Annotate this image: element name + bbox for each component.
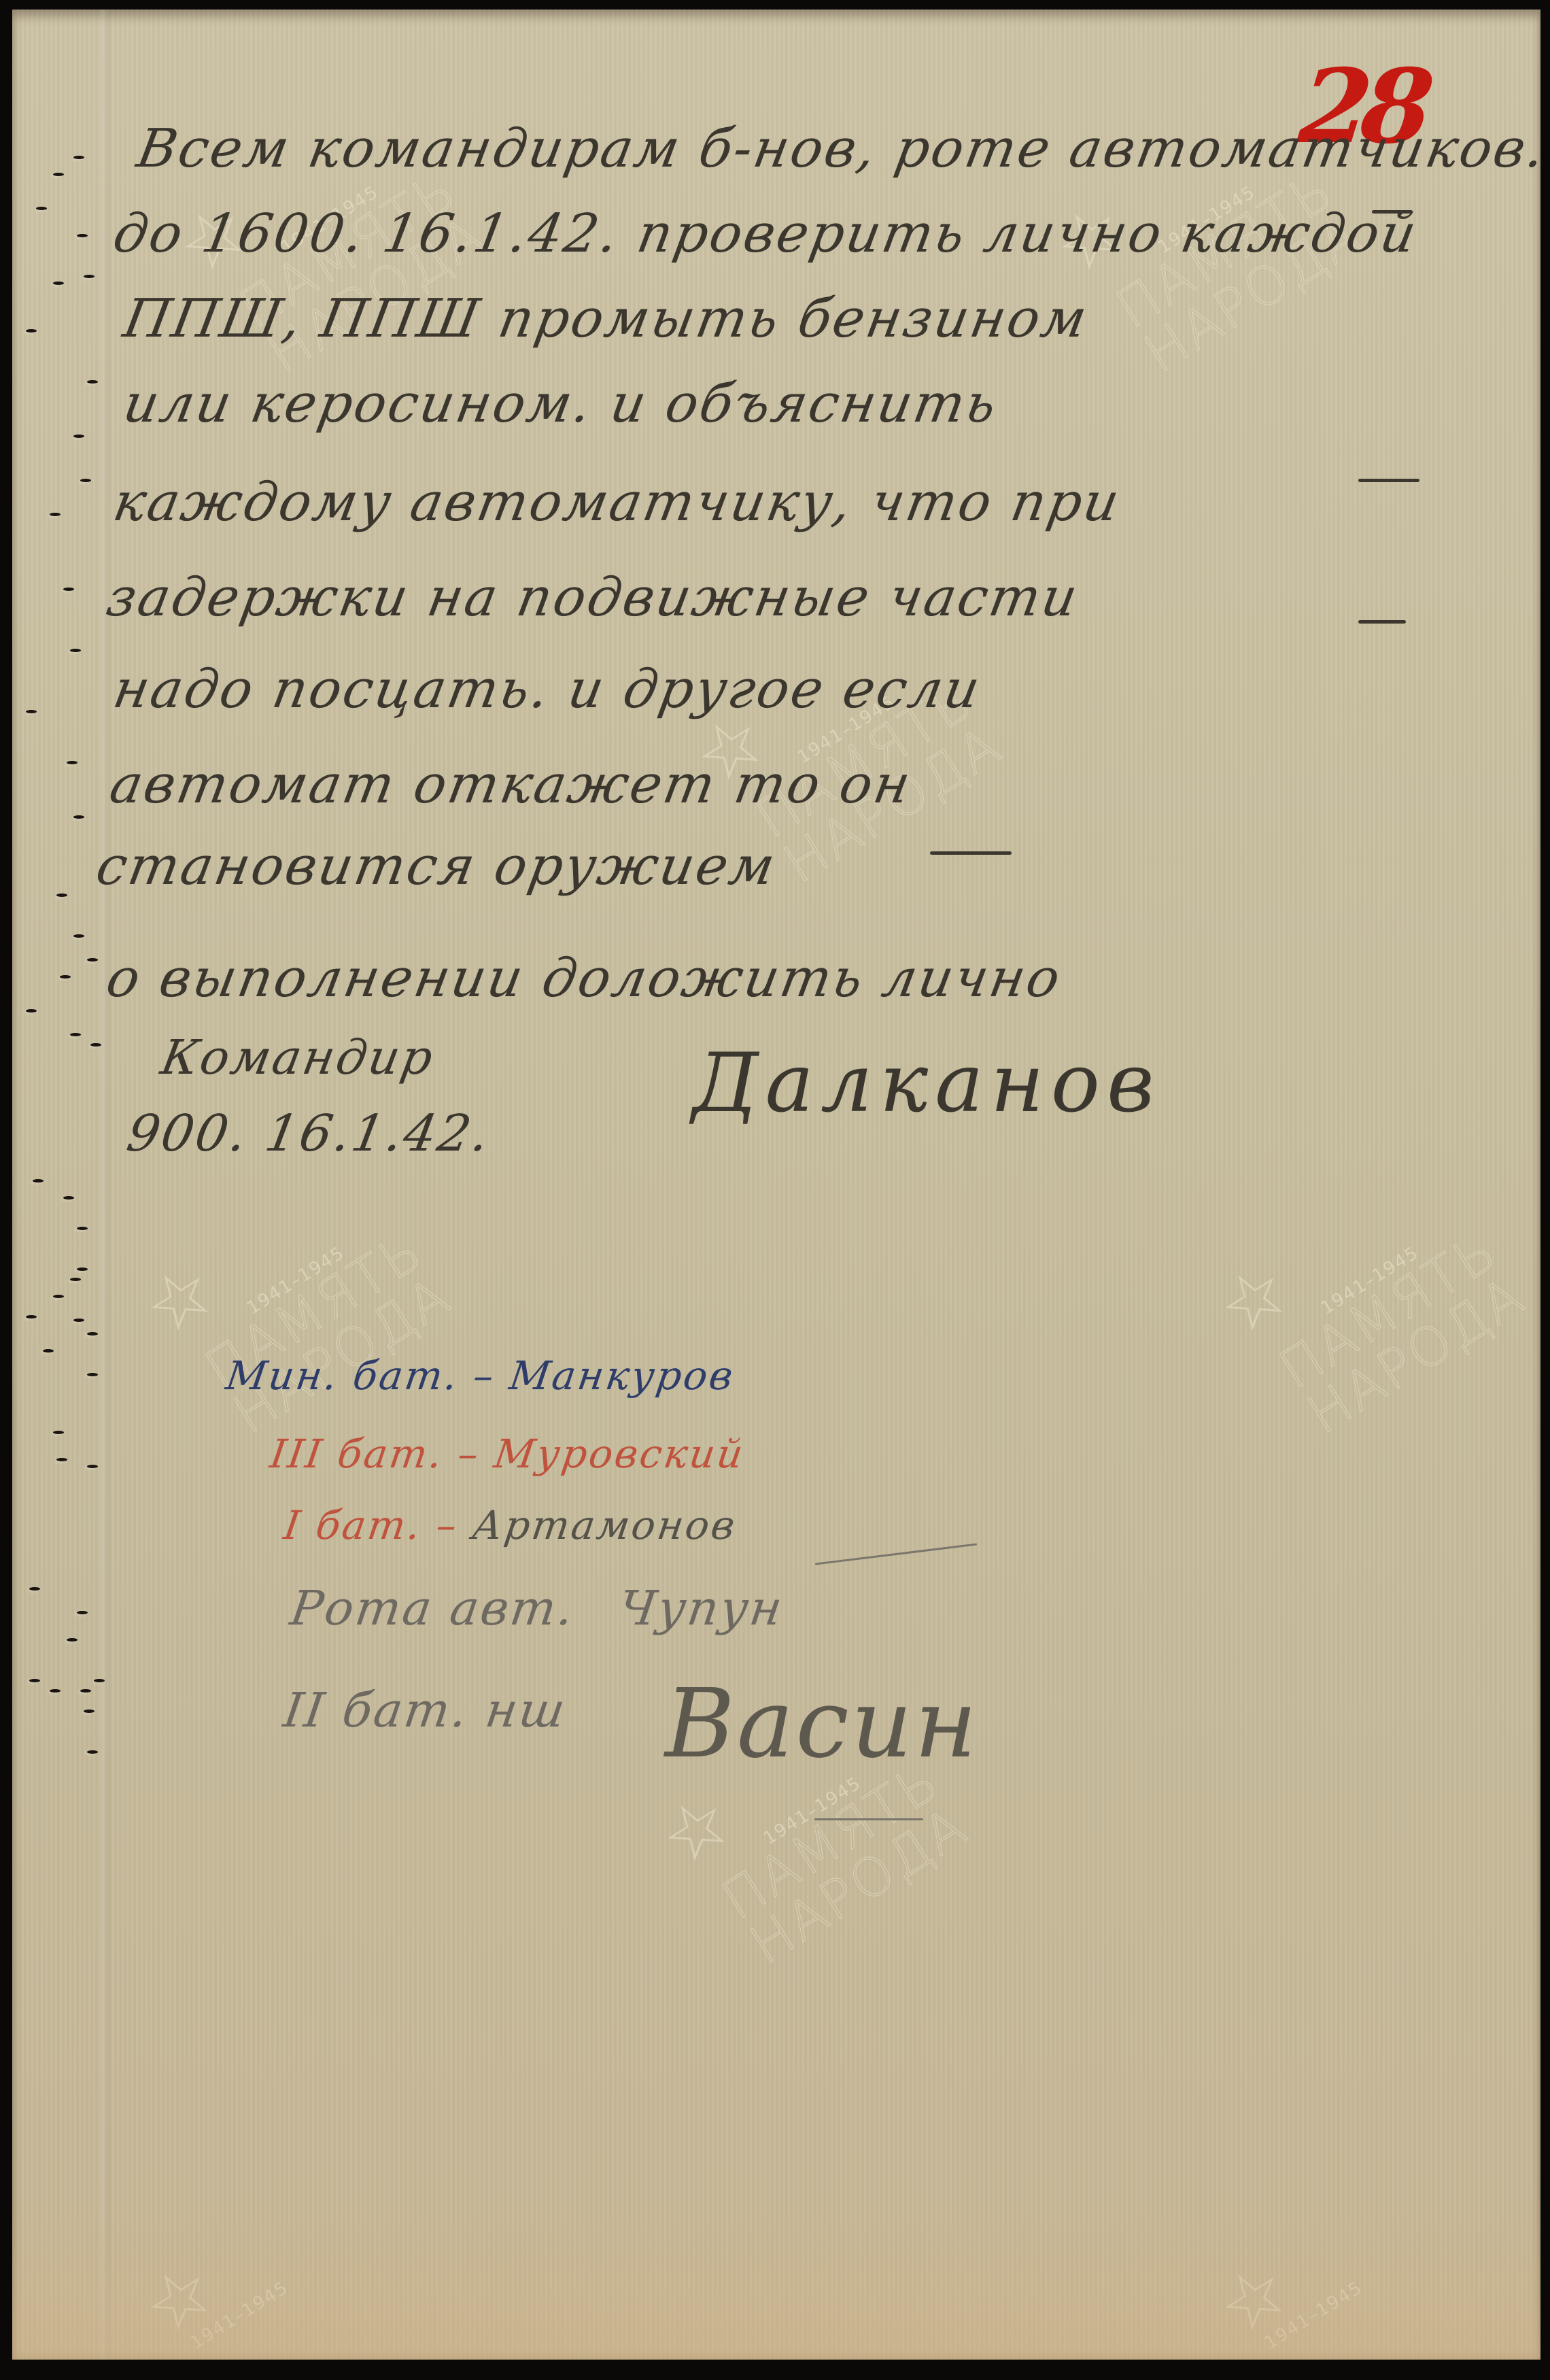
closing-label: Командир <box>157 1030 439 1085</box>
body-line: до 1600. 16.1.42. проверить лично каждой <box>109 203 1422 265</box>
signature: Далканов <box>692 1036 1161 1131</box>
distribution-row: I бат. – Артамонов <box>281 1502 740 1548</box>
pen-stroke <box>1358 479 1419 482</box>
star-icon: ☆ <box>131 2215 282 2348</box>
watermark: ☆ 1941–1945 <box>1222 2215 1366 2352</box>
pen-stroke <box>1372 210 1413 214</box>
star-icon: ☆ <box>1205 2215 1356 2348</box>
body-line: каждому автоматчику, что при <box>109 472 1125 533</box>
distribution-unit: I бат. <box>281 1502 425 1548</box>
body-line: надо посцать. и другое если <box>109 659 986 720</box>
watermark: ☆ 1941–1945 ПАМЯТЬ НАРОДА <box>1222 1145 1534 1443</box>
distribution-row: Рота авт. Чупун <box>287 1580 787 1636</box>
distribution-unit: Рота авт. <box>287 1580 579 1636</box>
body-line: Всем командирам б-нов, роте автоматчиков… <box>133 118 1550 180</box>
pen-stroke <box>1358 620 1406 624</box>
distribution-name: Манкуров <box>506 1353 738 1399</box>
body-line: или керосином. и объяснить <box>119 373 1003 435</box>
pen-stroke <box>930 851 1012 855</box>
distribution-unit: Мин. бат. <box>223 1353 462 1399</box>
pencil-stroke <box>815 1543 978 1565</box>
body-line: о выполнении доложить лично <box>102 948 1066 1009</box>
pencil-stroke <box>814 1818 923 1820</box>
distribution-unit: II бат. нш <box>280 1682 570 1738</box>
distribution-row: III бат. – Муровский <box>267 1431 748 1477</box>
binding-holes <box>12 10 114 2360</box>
document-sheet: ☆ 1941–1945 ПАМЯТЬ НАРОДА ☆ 1941–1945 ПА… <box>12 10 1540 2360</box>
body-line: автомат откажет то он <box>105 754 916 815</box>
distribution-row: Мин. бат. – Манкуров <box>223 1353 738 1399</box>
distribution-name: Чупун <box>615 1580 787 1636</box>
distribution-name: Артамонов <box>470 1502 740 1548</box>
watermark: ☆ 1941–1945 <box>148 2215 292 2352</box>
pencil-signature: Васин <box>665 1669 979 1780</box>
body-line: задержки на подвижные части <box>102 567 1084 628</box>
distribution-name: Муровский <box>492 1431 748 1477</box>
distribution-unit: III бат. <box>267 1431 447 1477</box>
body-line: становится оружием <box>92 836 781 897</box>
closing-date: 900. 16.1.42. <box>122 1104 495 1163</box>
body-line: ППШ, ППШ промыть бензином <box>119 288 1093 350</box>
distribution-row: II бат. нш <box>280 1682 570 1738</box>
